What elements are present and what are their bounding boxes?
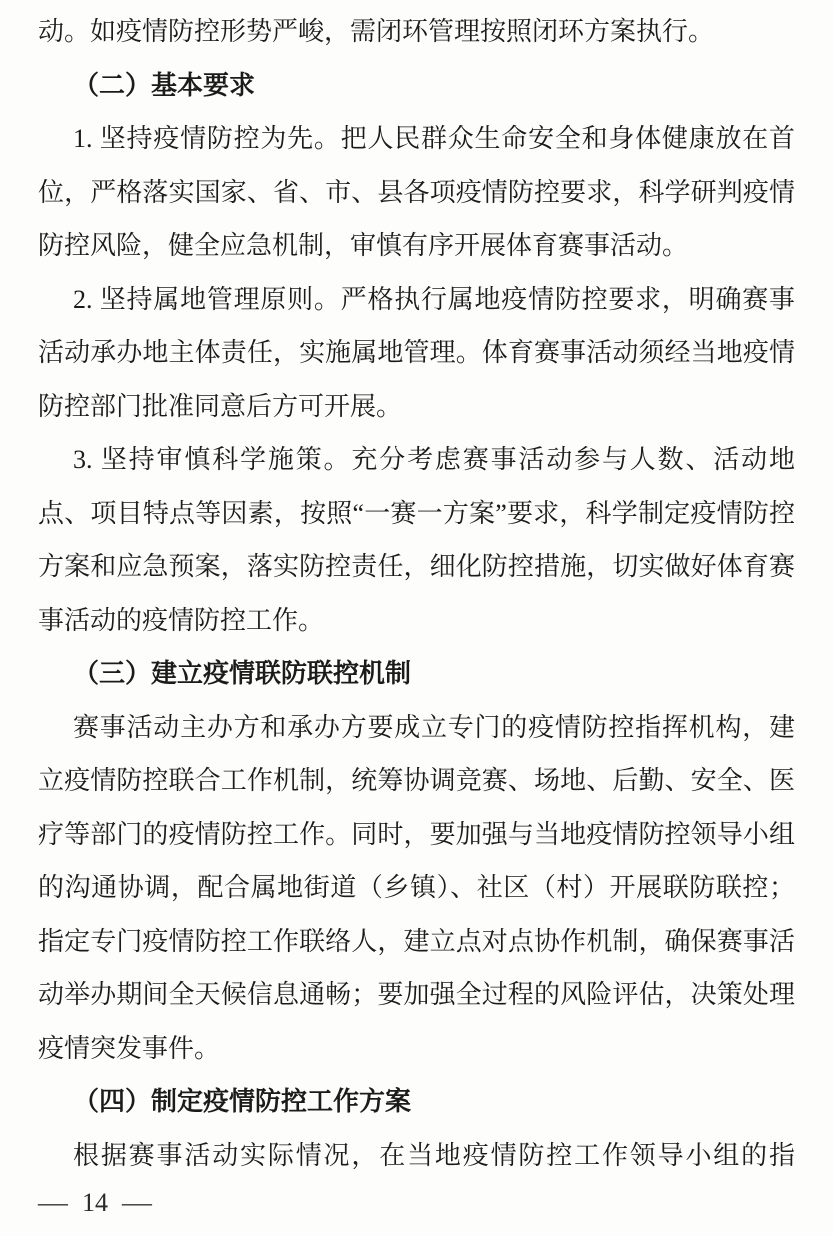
paragraph: 动。如疫情防控形势严峻，需闭环管理按照闭环方案执行。 xyxy=(38,5,795,59)
paragraph: 赛事活动主办方和承办方要成立专门的疫情防控指挥机构，建立疫情防控联合工作机制，统… xyxy=(38,701,795,1076)
footer-dash-left: — xyxy=(38,1188,68,1218)
paragraph: 根据赛事活动实际情况，在当地疫情防控工作领导小组的指 xyxy=(38,1129,795,1183)
document-body: 动。如疫情防控形势严峻，需闭环管理按照闭环方案执行。（二）基本要求1. 坚持疫情… xyxy=(0,0,833,1182)
page-number: 14 xyxy=(82,1188,108,1218)
document-page: 动。如疫情防控形势严峻，需闭环管理按照闭环方案执行。（二）基本要求1. 坚持疫情… xyxy=(0,0,833,1236)
paragraph: 2. 坚持属地管理原则。严格执行属地疫情防控要求，明确赛事活动承办地主体责任，实… xyxy=(38,273,795,434)
section-heading: （三）建立疫情联防联控机制 xyxy=(38,647,795,701)
footer-dash-right: — xyxy=(122,1188,152,1218)
paragraph: 3. 坚持审慎科学施策。充分考虑赛事活动参与人数、活动地点、项目特点等因素，按照… xyxy=(38,433,795,647)
paragraph: 1. 坚持疫情防控为先。把人民群众生命安全和身体健康放在首位，严格落实国家、省、… xyxy=(38,112,795,273)
section-heading: （二）基本要求 xyxy=(38,59,795,113)
page-footer: — 14 — xyxy=(40,1188,150,1218)
section-heading: （四）制定疫情防控工作方案 xyxy=(38,1075,795,1129)
